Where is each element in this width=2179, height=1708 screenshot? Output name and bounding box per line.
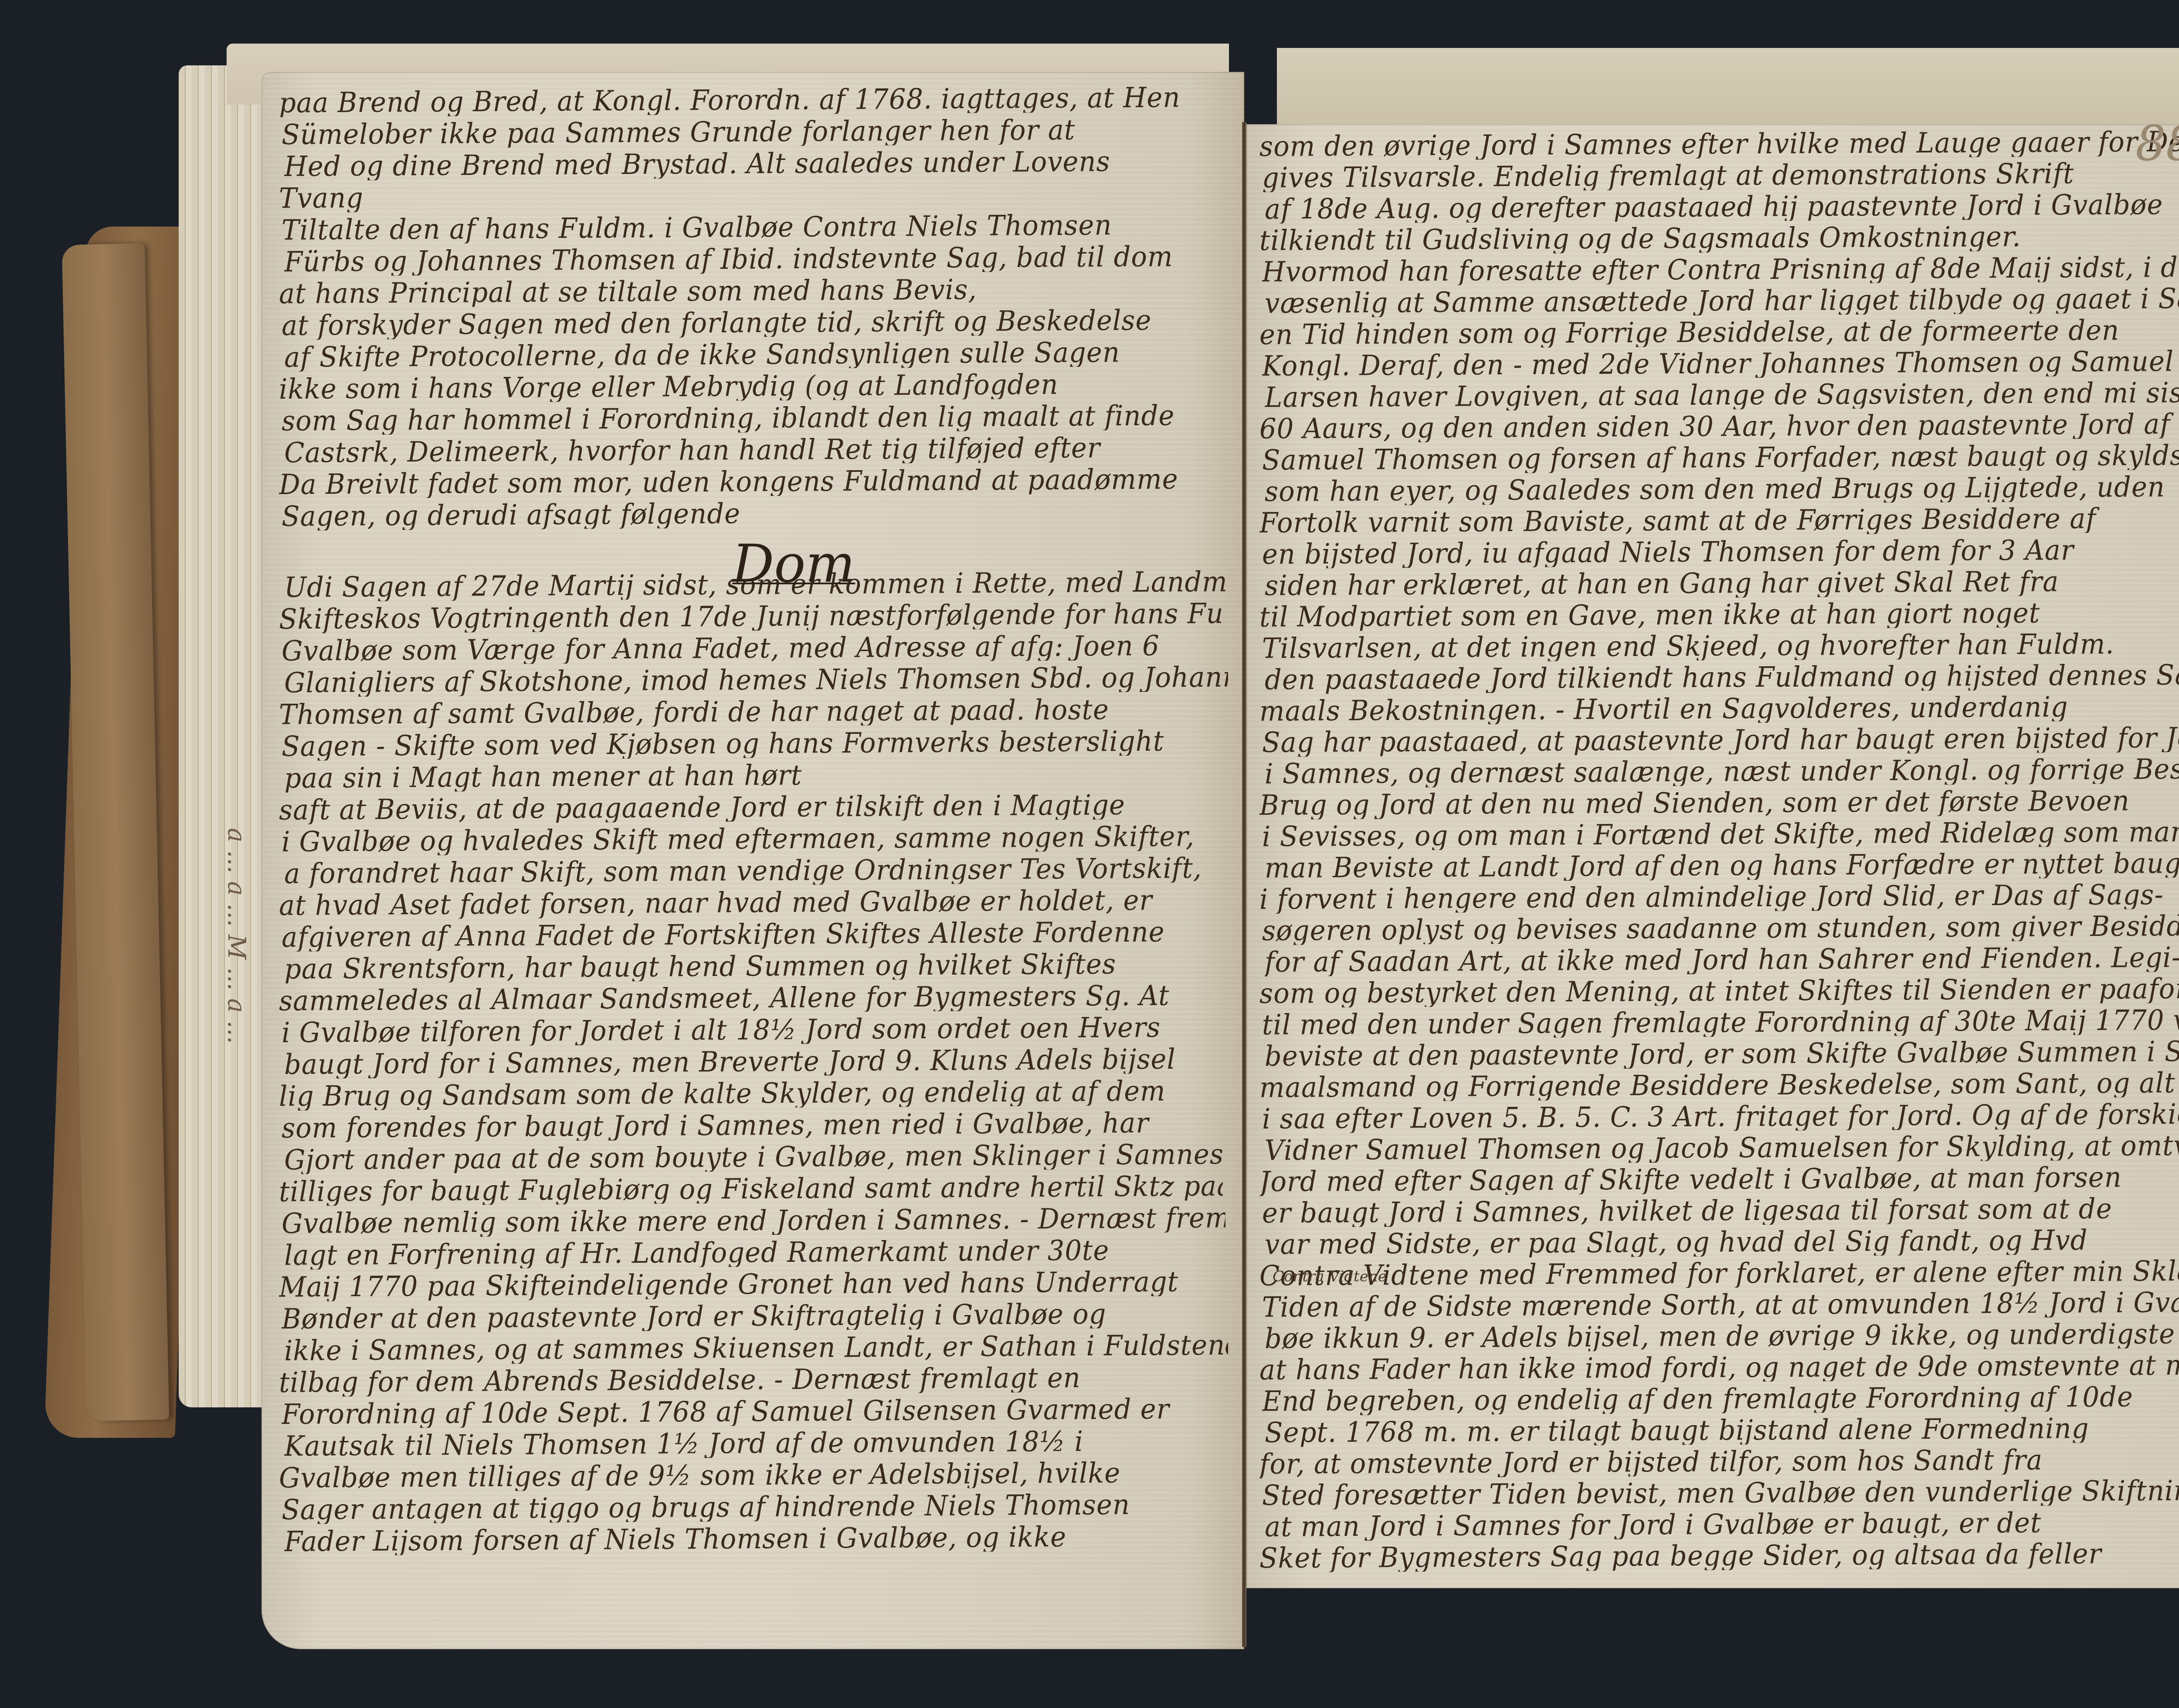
interlinear-correction: Contra Vidtene — [1273, 1268, 1387, 1285]
handwritten-line: var med Sidste, er paa Slagt, og hvad de… — [1265, 1226, 2179, 1259]
right-page-stack-top — [1277, 48, 2179, 135]
handwritten-line: paa sin i Magt han mener at han hørt — [284, 759, 1228, 793]
handwritten-line: ikke som i hans Vorge eller Mebrydig (og… — [279, 370, 1223, 403]
handwritten-line: tilbag for dem Abrends Besiddelse. - Der… — [279, 1363, 1223, 1397]
handwritten-line: Sket for Bygmesters Sag paa begge Sider,… — [1259, 1539, 2179, 1572]
handwritten-line: Vidner Samuel Thomsen og Jacob Samuelsen… — [1265, 1132, 2179, 1165]
handwritten-line: Contra Vidtene med Fremmed for forklaret… — [1259, 1257, 2179, 1290]
handwritten-line: Hed og dine Brend med Brystad. Alt saale… — [284, 147, 1228, 181]
left-page: paa Brend og Bred, at Kongl. Forordn. af… — [261, 72, 1244, 1649]
handwritten-line: i forvent i hengere end den almindelige … — [1259, 881, 2179, 914]
handwritten-line: for af Saadan Art, at ikke med Jord han … — [1265, 943, 2179, 976]
handwritten-line: i Sevisses, og om man i Fortænd det Skif… — [1262, 818, 2179, 851]
handwritten-line: a forandret haar Skift, som man vendige … — [284, 854, 1228, 888]
handwritten-line: Glanigliers af Skotshone, imod hemes Nie… — [284, 664, 1228, 697]
handwritten-line: Gvalbøe nemlig som ikke mere end Jorden … — [282, 1204, 1225, 1238]
handwritten-line: Kongl. Deraf, den - med 2de Vidner Johan… — [1262, 347, 2179, 380]
handwritten-line: afgiveren af Anna Fadet de Fortskiften S… — [282, 918, 1225, 952]
handwritten-line: man Beviste at Landt Jord af den og hans… — [1265, 849, 2179, 882]
handwritten-line: Jord med efter Sagen af Skifte vedelt i … — [1259, 1163, 2179, 1196]
handwritten-line: at man Jord i Samnes for Jord i Gvalbøe … — [1265, 1508, 2179, 1541]
handwritten-line: af Skifte Protocollerne, da de ikke Sand… — [284, 338, 1228, 372]
handwritten-line: tilkiendt til Gudsliving og de Sagsmaals… — [1259, 222, 2179, 255]
handwritten-line: i saa efter Loven 5. B. 5. C. 3 Art. fri… — [1262, 1100, 2179, 1133]
handwritten-line: End begreben, og endelig af den fremlagt… — [1262, 1383, 2179, 1416]
handwritten-line: Gvalbøe men tilliges af de 9½ som ikke e… — [279, 1459, 1223, 1492]
handwritten-line: Sept. 1768 m. m. er tilagt baugt bijstan… — [1265, 1414, 2179, 1447]
handwritten-line: paa Brend og Bred, at Kongl. Forordn. af… — [279, 84, 1223, 117]
handwritten-line: sammeledes al Almaar Sandsmeet, Allene f… — [279, 982, 1223, 1015]
handwritten-line: Tvang — [279, 179, 1223, 213]
book-spine — [1242, 122, 1246, 1647]
handwritten-line: Thomsen af samt Gvalbøe, fordi de har na… — [279, 695, 1223, 729]
handwritten-line: lagt en Forfrening af Hr. Landfoged Rame… — [284, 1236, 1228, 1270]
handwritten-line: Gvalbøe som Værge for Anna Fadet, med Ad… — [282, 632, 1225, 665]
handwritten-line: Maij 1770 paa Skifteindeligende Gronet h… — [279, 1268, 1223, 1301]
handwritten-line: i Gvalbøe og hvaledes Skift med eftermae… — [282, 823, 1225, 856]
handwritten-line: som forendes for baugt Jord i Samnes, me… — [282, 1109, 1225, 1142]
handwritten-line: en bijsted Jord, iu afgaad Niels Thomsen… — [1262, 535, 2179, 569]
handwritten-line: beviste at den paastevnte Jord, er som S… — [1265, 1037, 2179, 1071]
handwritten-line: Fürbs og Johannes Thomsen af Ibid. indst… — [284, 243, 1228, 276]
handwritten-line: Hvormod han foresatte efter Contra Prisn… — [1262, 253, 2179, 286]
handwritten-line: at hans Fader han ikke imod fordi, og na… — [1259, 1351, 2179, 1384]
handwritten-line: gives Tilsvarsle. Endelig fremlagt at de… — [1262, 159, 2179, 192]
handwritten-line: Sager antagen at tiggo og brugs af hindr… — [282, 1491, 1225, 1524]
handwritten-line: Skifteskos Vogtringenth den 17de Junij n… — [279, 600, 1223, 634]
page-number: 88 — [2135, 115, 2179, 171]
handwritten-line: Fortolk varnit som Baviste, samt at de F… — [1259, 504, 2179, 537]
handwritten-line: til med den under Sagen fremlagte Forord… — [1262, 1006, 2179, 1039]
handwritten-line: Brug og Jord at den nu med Sienden, som … — [1259, 786, 2179, 820]
handwritten-line: siden har erklæret, at han en Gang har g… — [1265, 567, 2179, 600]
handwritten-line: bøe ikkun 9. er Adels bijsel, men de øvr… — [1265, 1320, 2179, 1353]
handwritten-line: maalsmand og Forrigende Besiddere Besked… — [1259, 1069, 2179, 1102]
handwritten-line: er baugt Jord i Samnes, hvilket de liges… — [1262, 1194, 2179, 1227]
handwritten-line: baugt Jord for i Samnes, men Breverte Jo… — [284, 1045, 1228, 1079]
handwritten-line: at hans Principal at se tiltale som med … — [279, 274, 1223, 308]
handwritten-line: Samuel Thomsen og forsen af hans Forfade… — [1262, 441, 2179, 474]
handwritten-line: at forskyder Sagen med den forlangte tid… — [282, 306, 1225, 340]
handwritten-line: Larsen haver Lovgiven, at saa lange de S… — [1265, 379, 2179, 412]
handwritten-line: til Modpartiet som en Gave, men ikke at … — [1259, 598, 2179, 631]
handwritten-line: Forordning af 10de Sept. 1768 af Samuel … — [282, 1395, 1225, 1429]
handwritten-line: at hvad Aset fadet forsen, naar hvad med… — [279, 886, 1223, 920]
handwritten-line: Castsrk, Delimeerk, hvorfor han handl Re… — [284, 434, 1228, 467]
handwritten-line: Tiltalte den af hans Fuldm. i Gvalbøe Co… — [282, 211, 1225, 244]
judgment-heading: Dom — [732, 534, 855, 594]
handwritten-line: Tilsvarlsen, at det ingen end Skjeed, og… — [1262, 630, 2179, 663]
handwritten-line: lig Brug og Sandsam som de kalte Skylder… — [279, 1077, 1223, 1111]
left-page-text: paa Brend og Bred, at Kongl. Forordn. af… — [261, 72, 1244, 1649]
handwritten-line: maals Bekostningen. - Hvortil en Sagvold… — [1259, 692, 2179, 725]
handwritten-line: Tiden af de Sidste mærende Sorth, at at … — [1262, 1288, 2179, 1322]
handwritten-line: saft at Beviis, at de paagaaende Jord er… — [279, 791, 1223, 824]
right-page: som den øvrige Jord i Samnes efter hvilk… — [1246, 124, 2179, 1588]
handwritten-line: som den øvrige Jord i Samnes efter hvilk… — [1259, 128, 2179, 161]
handwritten-line: Bønder at den paastevnte Jord er Skiftra… — [282, 1300, 1225, 1333]
handwritten-line: i Gvalbøe tilforen for Jordet i alt 18½ … — [282, 1013, 1225, 1047]
margin-note: a ... a ... M ... a ... — [222, 828, 251, 1394]
right-page-text: som den øvrige Jord i Samnes efter hvilk… — [1246, 124, 2179, 1588]
handwritten-line: Sted foresætter Tiden bevist, men Gvalbø… — [1262, 1477, 2179, 1510]
handwritten-line: som og bestyrket den Mening, at intet Sk… — [1259, 975, 2179, 1008]
handwritten-line: paa Skrentsforn, har baugt hend Summen o… — [284, 950, 1228, 983]
handwritten-line: søgeren oplyst og bevises saadanne om st… — [1262, 912, 2179, 945]
handwritten-line: væsenlig at Samme ansættede Jord har lig… — [1265, 285, 2179, 318]
handwritten-line: Kautsak til Niels Thomsen 1½ Jord af de … — [284, 1427, 1228, 1461]
handwritten-line: som han eyer, og Saaledes som den med Br… — [1265, 473, 2179, 506]
handwritten-line: tilliges for baugt Fuglebiørg og Fiskela… — [279, 1173, 1223, 1206]
handwritten-line: ikke i Samnes, og at sammes Skiuensen La… — [284, 1332, 1228, 1365]
handwritten-line: Sag har paastaaed, at paastevnte Jord ha… — [1262, 724, 2179, 757]
handwritten-line: Sagen - Skifte som ved Kjøbsen og hans F… — [282, 727, 1225, 761]
handwritten-line: Da Breivlt fadet som mor, uden kongens F… — [279, 465, 1223, 499]
handwritten-line: den paastaaede Jord tilkiendt hans Fuldm… — [1265, 661, 2179, 694]
handwritten-line: som Sag har hommel i Forordning, iblandt… — [282, 402, 1225, 435]
handwritten-line: af 18de Aug. og derefter paastaaed hij p… — [1265, 190, 2179, 224]
handwritten-line: en Tid hinden som og Forrige Besiddelse,… — [1259, 316, 2179, 349]
handwritten-line: Sagen, og derudi afsagt følgende — [282, 497, 1225, 531]
handwritten-line: 60 Aaurs, og den anden siden 30 Aar, hvo… — [1259, 410, 2179, 443]
handwritten-line: Sümelober ikke paa Sammes Grunde forlang… — [282, 115, 1225, 149]
handwritten-line: for, at omstevnte Jord er bijsted tilfor… — [1259, 1445, 2179, 1478]
handwritten-line: Gjort ander paa at de som bouyte i Gvalb… — [284, 1141, 1228, 1174]
handwritten-line: Fader Lijsom forsen af Niels Thomsen i G… — [284, 1522, 1228, 1556]
handwritten-line: i Samnes, og dernæst saalænge, næst unde… — [1265, 755, 2179, 788]
